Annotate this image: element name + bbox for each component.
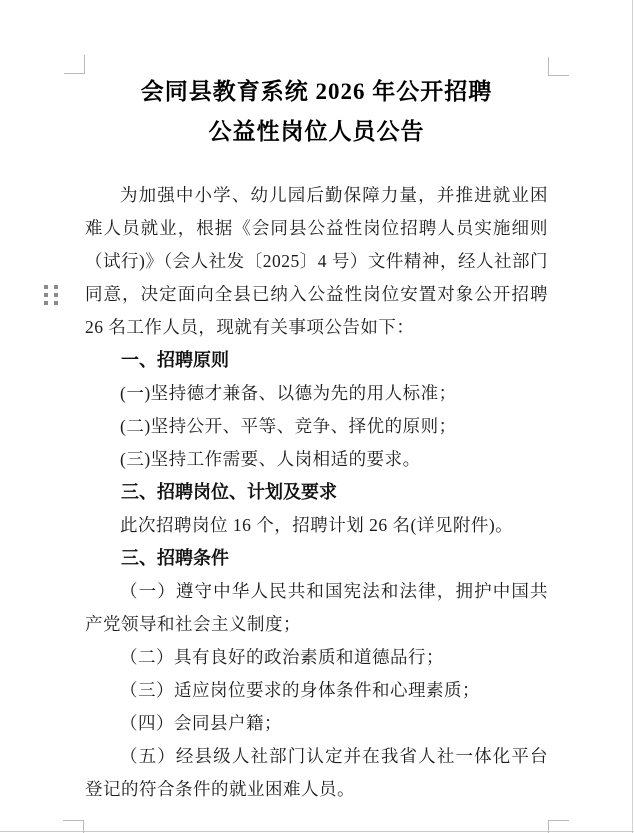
requirement-item-2: （二）具有良好的政治素质和道德品行； (85, 641, 548, 674)
title-line-1: 会同县教育系统 2026 年公开招聘 (85, 72, 548, 112)
requirement-item-1: （一）遵守中华人民共和国宪法和法律，拥护中国共产党领导和社会主义制度； (85, 575, 548, 641)
principle-item-3: (三)坚持工作需要、人岗相适的要求。 (85, 443, 548, 476)
principle-item-1: (一)坚持德才兼备、以德为先的用人标准； (85, 377, 548, 410)
title-line-2: 公益性岗位人员公告 (85, 112, 548, 152)
principle-item-2: (二)坚持公开、平等、竞争、择优的原则； (85, 410, 548, 443)
paragraph-position-count: 此次招聘岗位 16 个，招聘计划 26 名(详见附件)。 (85, 509, 548, 542)
document-title: 会同县教育系统 2026 年公开招聘 公益性岗位人员公告 (85, 72, 548, 152)
document-content: 会同县教育系统 2026 年公开招聘 公益性岗位人员公告 为加强中小学、幼儿园后… (85, 72, 548, 806)
requirement-item-4: （四）会同县户籍； (85, 707, 548, 740)
margin-corner-mark-top-left (64, 55, 85, 74)
margin-corner-mark-bottom-right (548, 820, 569, 833)
paragraph-intro: 为加强中小学、幼儿园后勤保障力量，并推进就业困难人员就业，根据《会同县公益性岗位… (85, 179, 548, 344)
requirement-item-3: （三）适应岗位要求的身体条件和心理素质； (85, 674, 548, 707)
requirement-item-5: （五）经县级人社部门认定并在我省人社一体化平台登记的符合条件的就业困难人员。 (85, 740, 548, 806)
section-heading-principles: 一、招聘原则 (85, 344, 548, 377)
drag-handle-icon[interactable] (44, 285, 58, 305)
margin-corner-mark-top-right (548, 57, 569, 76)
page-bottom-edge-line (0, 831, 634, 832)
section-heading-requirements: 三、招聘条件 (85, 542, 548, 575)
section-heading-positions: 三、招聘岗位、计划及要求 (85, 476, 548, 509)
document-page: { "document": { "title": { "line1": "会同县… (0, 0, 634, 833)
margin-corner-mark-bottom-left (63, 820, 84, 833)
page-right-edge-line (632, 0, 633, 833)
